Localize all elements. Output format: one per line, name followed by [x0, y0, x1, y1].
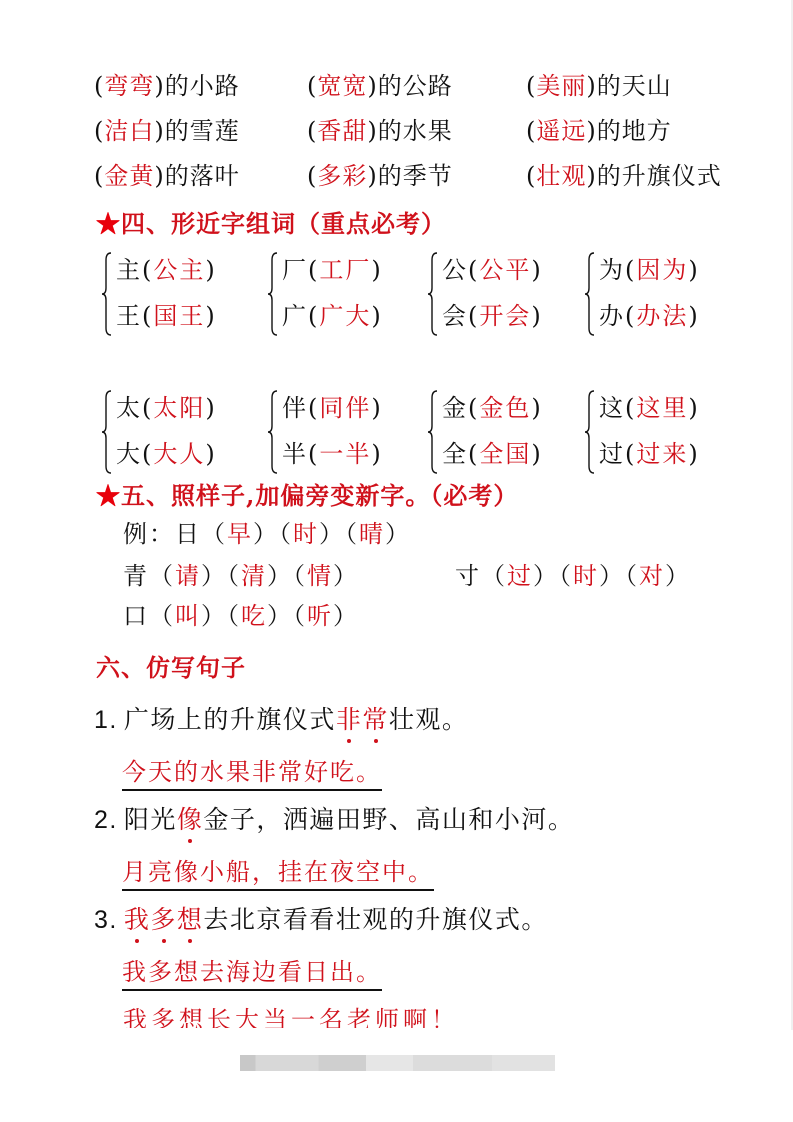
paren: （: [149, 562, 175, 590]
char-group: 公(公平)会(开会): [428, 250, 588, 342]
group-line: 这(这里): [599, 388, 700, 423]
paren: ): [367, 72, 377, 100]
brace-icon: [585, 390, 595, 474]
phrase-text: 的季节: [378, 162, 453, 190]
sentence-post: 壮观。: [389, 705, 469, 734]
base-char: 金: [442, 394, 468, 422]
char-group: 太(太阳)大(大人): [102, 388, 262, 480]
phrase-text: 的雪莲: [165, 117, 240, 145]
model-answer: 我多想去海边看日出。: [122, 952, 382, 991]
paren: （: [227, 562, 241, 590]
new-char-answer: 早: [227, 520, 253, 548]
radical-row: 口（叫）（吃）（听）: [123, 596, 359, 631]
star-icon: ★: [96, 209, 121, 238]
paren: ）: [333, 562, 359, 590]
paren: (: [307, 162, 317, 190]
paren: (: [526, 162, 536, 190]
phrase-answer: 多彩: [317, 162, 367, 190]
brace-icon: [428, 390, 438, 474]
paren: ): [531, 302, 542, 330]
paren: (: [625, 302, 636, 330]
section4-heading: ★四、形近字组词（重点必考）: [96, 204, 446, 239]
paren: （: [201, 520, 227, 548]
word-answer: 一半: [319, 440, 371, 468]
group-line: 太(太阳): [116, 388, 217, 423]
brace-icon: [102, 390, 112, 474]
base-char: 太: [116, 394, 142, 422]
new-char-answer: 过: [507, 562, 533, 590]
paren: (: [94, 162, 104, 190]
new-char-answer: 吃: [241, 602, 267, 630]
item-number: 3.: [94, 906, 118, 934]
group-line: 广(广大): [282, 296, 383, 331]
sentence-item: 3.我多想去北京看看壮观的升旗仪式。: [94, 900, 548, 936]
phrase-item: (壮观)的升旗仪式: [526, 156, 722, 191]
word-answer: 办法: [636, 302, 688, 330]
paren: （: [279, 520, 293, 548]
word-answer: 全国: [479, 440, 531, 468]
group-line: 全(全国): [442, 434, 543, 469]
paren: ): [531, 256, 542, 284]
base-char: 伴: [282, 394, 308, 422]
group-line: 过(过来): [599, 434, 700, 469]
paren: (: [308, 256, 319, 284]
paren: （: [227, 602, 241, 630]
group-line: 会(开会): [442, 296, 543, 331]
paren: （: [293, 562, 307, 590]
phrase-answer: 金黄: [104, 162, 154, 190]
char-group: 为(因为)办(办法): [585, 250, 745, 342]
sentence-item: 1.广场上的升旗仪式非常壮观。: [94, 700, 468, 736]
paren: ): [367, 162, 377, 190]
base-char: 寸: [455, 562, 481, 590]
word-answer: 大人: [153, 440, 205, 468]
paren: ）: [253, 520, 279, 548]
phrase-answer: 遥远: [536, 117, 586, 145]
paren: ）: [533, 562, 559, 590]
group-line: 半(一半): [282, 434, 383, 469]
paren: ）: [201, 602, 227, 630]
phrase-answer: 壮观: [536, 162, 586, 190]
word-answer: 公主: [153, 256, 205, 284]
phrase-answer: 洁白: [104, 117, 154, 145]
new-char-answer: 时: [573, 562, 599, 590]
emphasis-char: 我: [124, 900, 151, 936]
paren: (: [625, 394, 636, 422]
char-group: 这(这里)过(过来): [585, 388, 745, 480]
brace-icon: [268, 390, 278, 474]
paren: (: [142, 302, 153, 330]
new-char-answer: 时: [293, 520, 319, 548]
paren: (: [468, 394, 479, 422]
paren: （: [345, 520, 359, 548]
redacted-watermark: [240, 1055, 555, 1071]
char-group: 厂(工厂)广(广大): [268, 250, 428, 342]
base-char: 这: [599, 394, 625, 422]
paren: ): [531, 394, 542, 422]
paren: (: [468, 440, 479, 468]
group-line: 办(办法): [599, 296, 700, 331]
phrase-text: 的小路: [165, 72, 240, 100]
paren: (: [307, 72, 317, 100]
paren: ): [371, 302, 382, 330]
brace-icon: [428, 252, 438, 336]
section6-heading: 六、仿写句子: [96, 648, 246, 683]
word-answer: 金色: [479, 394, 531, 422]
phrase-answer: 弯弯: [104, 72, 154, 100]
sentence-item: 2.阳光像金子，洒遍田野、高山和小河。: [94, 800, 574, 836]
brace-icon: [102, 252, 112, 336]
new-char-answer: 叫: [175, 602, 201, 630]
word-answer: 因为: [636, 256, 688, 284]
group-line: 厂(工厂): [282, 250, 383, 285]
paren: ）: [599, 562, 625, 590]
phrase-text: 的天山: [597, 72, 672, 100]
phrase-item: (洁白)的雪莲: [94, 111, 240, 146]
paren: （: [481, 562, 507, 590]
paren: ): [205, 302, 216, 330]
base-char: 口: [123, 602, 149, 630]
paren: ): [371, 394, 382, 422]
paren: (: [142, 440, 153, 468]
paren: ): [154, 72, 164, 100]
example-label: 例：: [123, 520, 175, 548]
paren: (: [142, 394, 153, 422]
paren: ): [586, 117, 596, 145]
word-answer: 过来: [636, 440, 688, 468]
base-char: 王: [116, 302, 142, 330]
phrase-item: (宽宽)的公路: [307, 66, 453, 101]
new-char-answer: 清: [241, 562, 267, 590]
paren: (: [308, 440, 319, 468]
paren: (: [142, 256, 153, 284]
sentence-pre: 阳光: [124, 805, 177, 834]
phrase-item: (遥远)的地方: [526, 111, 672, 146]
base-char: 大: [116, 440, 142, 468]
char-group: 伴(同伴)半(一半): [268, 388, 428, 480]
radical-row: 例：日（早）（时）（晴）: [123, 514, 411, 549]
paren: ）: [333, 602, 359, 630]
word-answer: 这里: [636, 394, 688, 422]
phrase-answer: 香甜: [317, 117, 367, 145]
paren: (: [308, 302, 319, 330]
paren: (: [526, 117, 536, 145]
group-line: 主(公主): [116, 250, 217, 285]
phrase-item: (香甜)的水果: [307, 111, 453, 146]
star-icon: ★: [96, 481, 121, 510]
paren: ）: [267, 562, 293, 590]
group-line: 王(国王): [116, 296, 217, 331]
group-line: 金(金色): [442, 388, 543, 423]
brace-icon: [268, 252, 278, 336]
paren: （: [625, 562, 639, 590]
phrase-text: 的地方: [597, 117, 672, 145]
paren: (: [468, 256, 479, 284]
paren: ): [205, 440, 216, 468]
emphasis-char: 想: [177, 900, 204, 936]
paren: ): [205, 256, 216, 284]
paren: ）: [267, 602, 293, 630]
emphasis-char: 非: [336, 700, 363, 736]
phrase-text: 的水果: [378, 117, 453, 145]
sentence-text: 我多想去北京看看壮观的升旗仪式。: [124, 905, 548, 934]
char-group: 主(公主)王(国王): [102, 250, 262, 342]
brace-icon: [585, 252, 595, 336]
sentence-post: 去北京看看壮观的升旗仪式。: [203, 905, 548, 934]
paren: ): [688, 256, 699, 284]
paren: ): [586, 72, 596, 100]
phrase-answer: 宽宽: [317, 72, 367, 100]
paren: ): [586, 162, 596, 190]
word-answer: 同伴: [319, 394, 371, 422]
group-line: 伴(同伴): [282, 388, 383, 423]
sentence-text: 阳光像金子，洒遍田野、高山和小河。: [124, 805, 575, 834]
word-answer: 公平: [479, 256, 531, 284]
phrase-item: (美丽)的天山: [526, 66, 672, 101]
char-group: 金(金色)全(全国): [428, 388, 588, 480]
base-char: 半: [282, 440, 308, 468]
sentence-text: 广场上的升旗仪式非常壮观。: [124, 705, 469, 734]
paren: (: [94, 72, 104, 100]
word-answer: 国王: [153, 302, 205, 330]
paren: （: [559, 562, 573, 590]
paren: (: [526, 72, 536, 100]
paren: (: [94, 117, 104, 145]
emphasis-char: 多: [150, 900, 177, 936]
base-char: 主: [116, 256, 142, 284]
group-line: 大(大人): [116, 434, 217, 469]
base-char: 广: [282, 302, 308, 330]
phrase-text: 的升旗仪式: [597, 162, 722, 190]
new-char-answer: 晴: [359, 520, 385, 548]
base-char: 为: [599, 256, 625, 284]
word-answer: 太阳: [153, 394, 205, 422]
paren: ): [688, 302, 699, 330]
radical-row: 寸（过）（时）（对）: [455, 556, 691, 591]
base-char: 过: [599, 440, 625, 468]
phrase-item: (多彩)的季节: [307, 156, 453, 191]
paren: （: [293, 602, 307, 630]
phrase-text: 的落叶: [165, 162, 240, 190]
paren: (: [307, 117, 317, 145]
model-answer: 今天的水果非常好吃。: [122, 752, 382, 791]
paren: ）: [665, 562, 691, 590]
paren: ): [154, 162, 164, 190]
new-char-answer: 请: [175, 562, 201, 590]
group-line: 公(公平): [442, 250, 543, 285]
word-answer: 工厂: [319, 256, 371, 284]
base-char: 厂: [282, 256, 308, 284]
paren: ): [154, 117, 164, 145]
paren: ): [205, 394, 216, 422]
new-char-answer: 情: [307, 562, 333, 590]
paren: （: [149, 602, 175, 630]
model-answer: 月亮像小船，挂在夜空中。: [122, 852, 434, 891]
paren: ): [688, 440, 699, 468]
phrase-text: 的公路: [378, 72, 453, 100]
paren: (: [625, 440, 636, 468]
new-char-answer: 听: [307, 602, 333, 630]
base-char: 公: [442, 256, 468, 284]
new-char-answer: 对: [639, 562, 665, 590]
item-number: 1.: [94, 706, 118, 734]
sentence-pre: 广场上的升旗仪式: [124, 705, 336, 734]
paren: ）: [385, 520, 411, 548]
group-line: 为(因为): [599, 250, 700, 285]
paren: ): [531, 440, 542, 468]
radical-row: 青（请）（清）（情）: [123, 556, 359, 591]
section5-heading: ★五、照样子,加偏旁变新字。（必考）: [96, 476, 518, 511]
paren: (: [625, 256, 636, 284]
emphasis-char: 像: [177, 800, 204, 836]
base-char: 青: [123, 562, 149, 590]
paren: ): [371, 440, 382, 468]
sentence-post: 金子，洒遍田野、高山和小河。: [203, 805, 574, 834]
paren: ）: [319, 520, 345, 548]
base-char: 会: [442, 302, 468, 330]
base-char: 办: [599, 302, 625, 330]
word-answer: 广大: [319, 302, 371, 330]
paren: ）: [201, 562, 227, 590]
base-char: 日: [175, 520, 201, 548]
answer-line-cutoff: 我多想长大当一名老师啊！: [123, 1000, 459, 1028]
phrase-answer: 美丽: [536, 72, 586, 100]
paren: ): [371, 256, 382, 284]
paren: (: [308, 394, 319, 422]
item-number: 2.: [94, 806, 118, 834]
phrase-item: (弯弯)的小路: [94, 66, 240, 101]
phrase-item: (金黄)的落叶: [94, 156, 240, 191]
emphasis-char: 常: [362, 700, 389, 736]
paren: (: [468, 302, 479, 330]
paren: ): [688, 394, 699, 422]
base-char: 全: [442, 440, 468, 468]
paren: ): [367, 117, 377, 145]
word-answer: 开会: [479, 302, 531, 330]
